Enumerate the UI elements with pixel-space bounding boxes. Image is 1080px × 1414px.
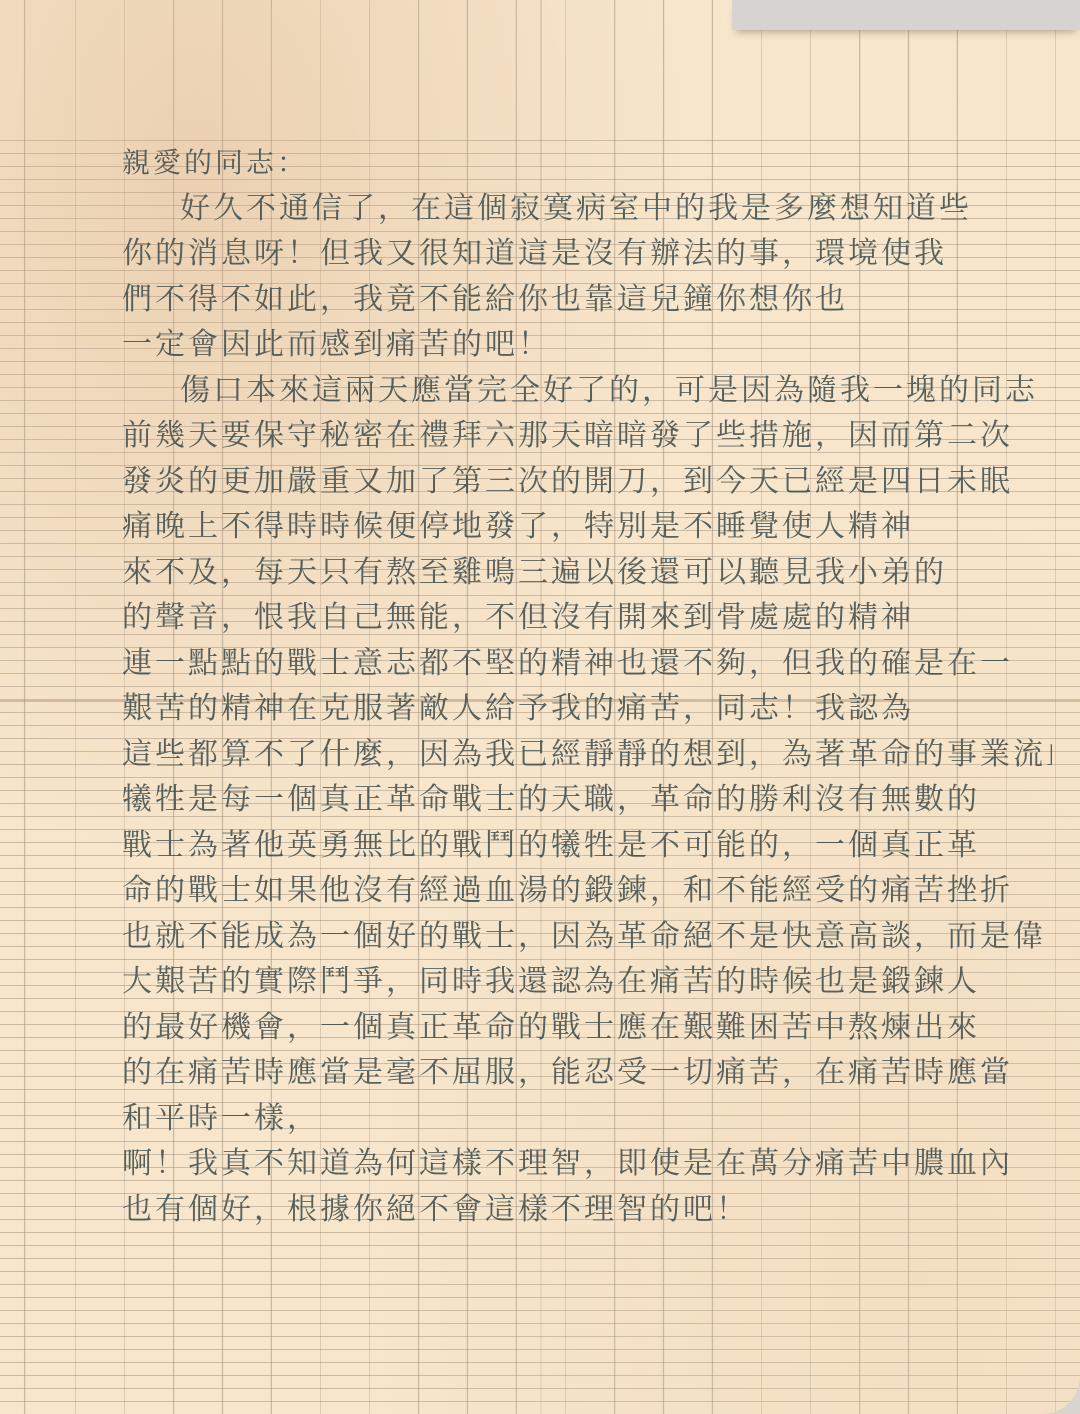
letter-line: 連一點點的戰士意志都不堅的精神也還不夠，但我的確是在一: [122, 641, 1052, 687]
letter-salutation: 親愛的同志：: [122, 140, 1052, 186]
letter-line: 艱苦的精神在克服著敵人給予我的痛苦，同志！我認為: [122, 686, 1052, 732]
letter-paper: 親愛的同志： 好久不通信了，在這個寂寞病室中的我是多麼想知道些 你的消息呀！但我…: [0, 0, 1080, 1414]
letter-line: 這些都算不了什麼，因為我已經靜靜的想到，為著革命的事業流血: [122, 732, 1052, 778]
letter-line: 和平時一樣，: [122, 1096, 1052, 1142]
letter-line: 前幾天要保守秘密在禮拜六那天暗暗發了些措施，因而第二次: [122, 413, 1052, 459]
letter-line: 的最好機會，一個真正革命的戰士應在艱難困苦中熬煉出來: [122, 1005, 1052, 1051]
letter-line: 戰士為著他英勇無比的戰鬥的犧牲是不可能的，一個真正革: [122, 823, 1052, 869]
letter-line: 犧牲是每一個真正革命戰士的天職，革命的勝利沒有無數的: [122, 777, 1052, 823]
letter-line: 大艱苦的實際鬥爭，同時我還認為在痛苦的時候也是鍛鍊人: [122, 959, 1052, 1005]
letter-line: 們不得不如此，我竟不能給你也靠這兒鐘你想你也: [122, 277, 1052, 323]
letter-line: 也就不能成為一個好的戰士，因為革命絕不是快意高談，而是偉: [122, 914, 1052, 960]
letter-line: 啊！我真不知道為何這樣不理智，即使是在萬分痛苦中膿血內: [122, 1141, 1052, 1187]
letter-line: 命的戰士如果他沒有經過血湯的鍛鍊，和不能經受的痛苦挫折: [122, 868, 1052, 914]
letter-line: 來不及，每天只有熬至雞鳴三遍以後還可以聽見我小弟的: [122, 550, 1052, 596]
letter-line: 也有個好，根據你絕不會這樣不理智的吧！: [122, 1187, 1052, 1233]
torn-paper-edge: [732, 0, 1080, 30]
letter-line: 一定會因此而感到痛苦的吧！: [122, 322, 1052, 368]
handwritten-letter-body: 親愛的同志： 好久不通信了，在這個寂寞病室中的我是多麼想知道些 你的消息呀！但我…: [122, 140, 1052, 1232]
letter-line: 的聲音，恨我自己無能，不但沒有開來到骨處處的精神: [122, 595, 1052, 641]
letter-line: 傷口本來這兩天應當完全好了的，可是因為隨我一塊的同志: [122, 368, 1052, 414]
letter-line: 的在痛苦時應當是毫不屈服，能忍受一切痛苦，在痛苦時應當: [122, 1050, 1052, 1096]
letter-line: 痛晚上不得時時候便停地發了，特別是不睡覺使人精神: [122, 504, 1052, 550]
letter-line: 發炎的更加嚴重又加了第三次的開刀，到今天已經是四日未眠: [122, 459, 1052, 505]
letter-line: 好久不通信了，在這個寂寞病室中的我是多麼想知道些: [122, 186, 1052, 232]
letter-line: 你的消息呀！但我又很知道這是沒有辦法的事，環境使我: [122, 231, 1052, 277]
